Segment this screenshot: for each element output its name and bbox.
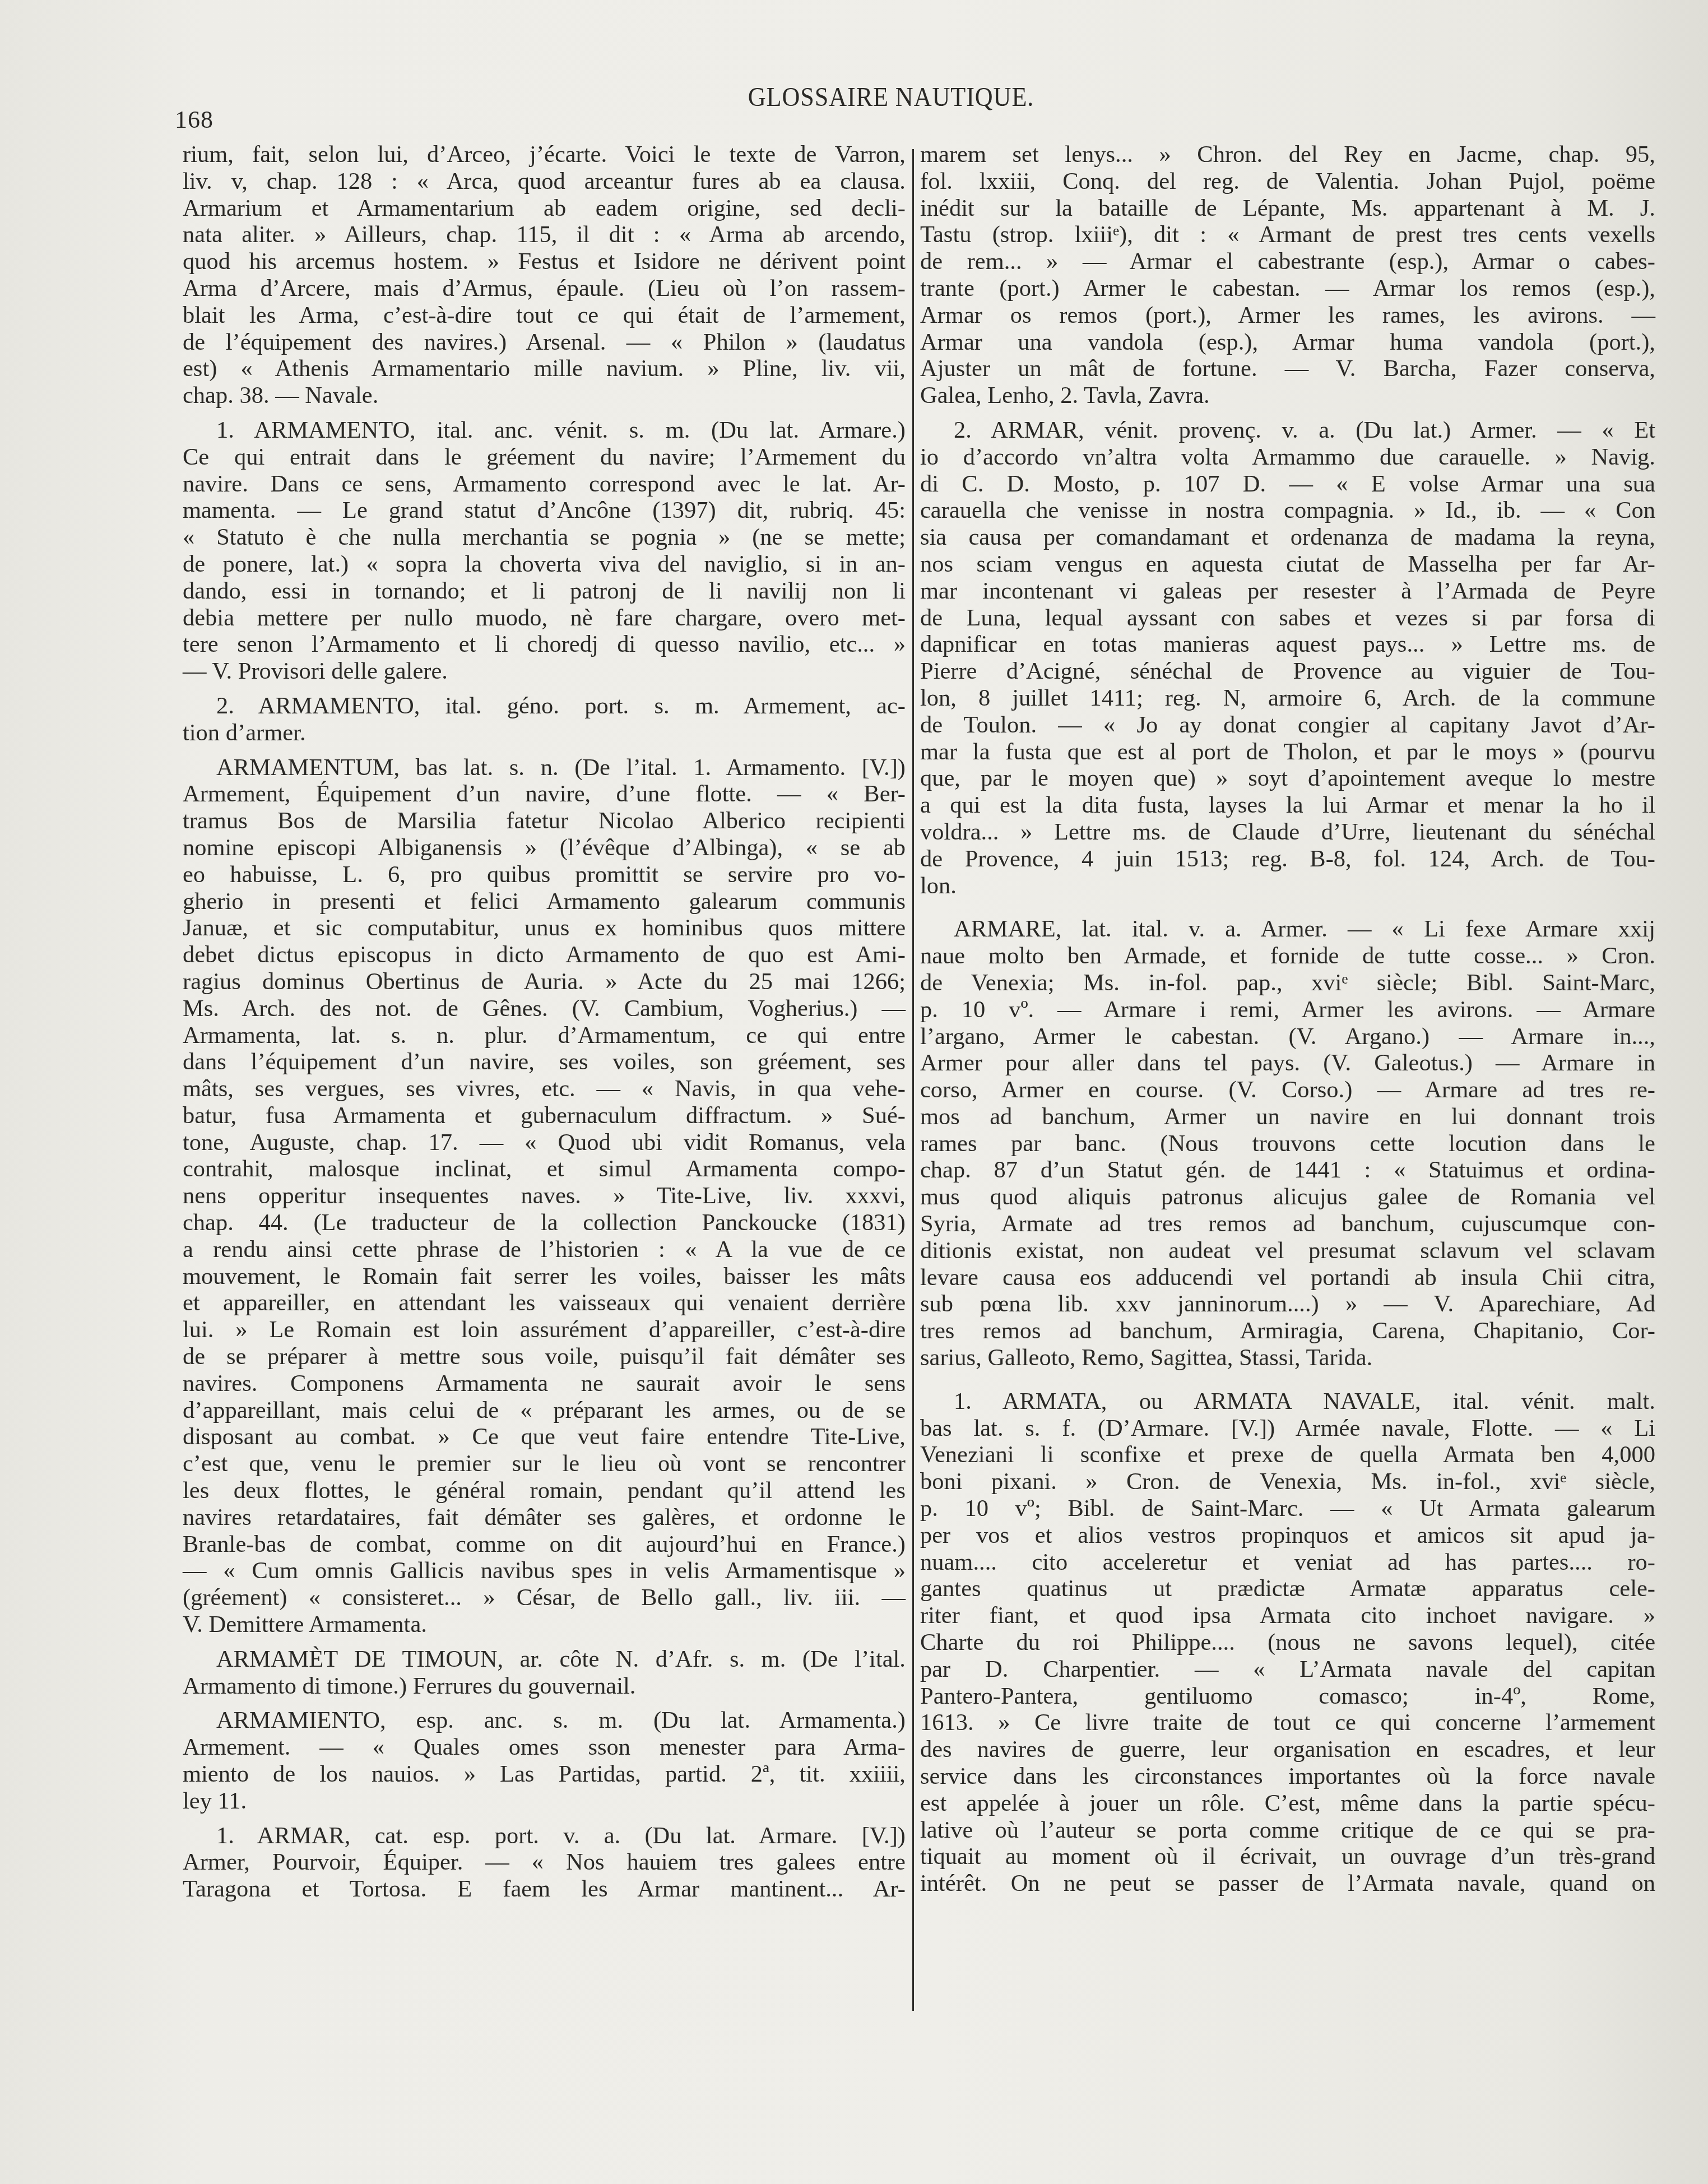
text-line: tres remos ad banchum, Armiragia, Carena… — [920, 1318, 1655, 1344]
text-line: Armar os remos (port.), Armer les rames,… — [920, 302, 1655, 329]
text-line: Armar una vandola (esp.), Armar huma van… — [920, 329, 1655, 356]
text-line: eo habuisse, L. 6, pro quibus promittit … — [183, 861, 906, 888]
text-line: io d’accordo vn’altra volta Armammo due … — [920, 444, 1655, 471]
text-line: 1613. » Ce livre traite de tout ce qui c… — [920, 1709, 1655, 1736]
text-line: Arma d’Arcere, mais d’Armus, épaule. (Li… — [183, 275, 906, 302]
text-line: — V. Provisori delle galere. — [183, 658, 906, 685]
text-line: di C. D. Mosto, p. 107 D. — « E volse Ar… — [920, 471, 1655, 498]
text-line: navires. Componens Armamenta ne saurait … — [183, 1370, 906, 1397]
text-line: Armamenta, lat. s. n. plur. d’Armamentum… — [183, 1022, 906, 1049]
entry-headword-line: ARMARE, lat. ital. v. a. Armer. — « Li f… — [920, 916, 1655, 943]
text-line: « Statuto è che nulla merchantia se pogn… — [183, 524, 906, 551]
text-line: Pantero-Pantera, gentiluomo comasco; in-… — [920, 1683, 1655, 1710]
text-line: Galea, Lenho, 2. Tavla, Zavra. — [920, 382, 1655, 409]
text-line: riter fiant, et quod ipsa Armata cito in… — [920, 1602, 1655, 1629]
text-line: quod his arcemus hostem. » Festus et Isi… — [183, 248, 906, 275]
text-line: Ms. Arch. des not. de Gênes. (V. Cambium… — [183, 995, 906, 1022]
page-number: 168 — [175, 105, 214, 134]
text-line: nata aliter. » Ailleurs, chap. 115, il d… — [183, 221, 906, 248]
left-column: rium, fait, selon lui, d’Arceo, j’écarte… — [183, 141, 906, 1903]
entry-spacer — [183, 746, 906, 754]
text-line: tramus Bos de Marsilia fatetur Nicolao A… — [183, 808, 906, 834]
entry-headword-line: 2. ARMAR, vénit. provenç. v. a. (Du lat.… — [920, 417, 1655, 444]
text-line: Armer, Pourvoir, Équiper. — « Nos hauiem… — [183, 1849, 906, 1876]
text-line: rium, fait, selon lui, d’Arceo, j’écarte… — [183, 141, 906, 168]
running-head: GLOSSAIRE NAUTIQUE. — [741, 82, 1041, 113]
text-line: sub pœna lib. xxv janninorum....) » — V.… — [920, 1291, 1655, 1318]
text-line: blait les Arma, c’est-à-dire tout ce qui… — [183, 302, 906, 329]
text-line: lui. » Le Romain est loin assurément d’a… — [183, 1316, 906, 1343]
text-line: c’est que, venu le premier sur le lieu o… — [183, 1450, 906, 1477]
text-line: corso, Armer en course. (V. Corso.) — Ar… — [920, 1077, 1655, 1103]
text-line: Branle-bas de combat, comme on dit aujou… — [183, 1531, 906, 1558]
entry-spacer — [920, 409, 1655, 417]
text-line: Ce qui entrait dans le gréement du navir… — [183, 444, 906, 471]
text-line: Armer pour aller dans tel pays. (V. Gale… — [920, 1050, 1655, 1077]
text-line: de l’équipement des navires.) Arsenal. —… — [183, 329, 906, 356]
text-line: ditionis existat, non audeat vel presuma… — [920, 1237, 1655, 1264]
text-line: navire. Dans ce sens, Armamento correspo… — [183, 471, 906, 498]
text-line: Januæ, et sic computabitur, unus ex homi… — [183, 915, 906, 942]
text-line: mar la fusta que est al port de Tholon, … — [920, 739, 1655, 766]
text-line: gherio in presenti et felici Armamento g… — [183, 888, 906, 915]
text-line: fol. lxxiii, Conq. del reg. de Valentia.… — [920, 168, 1655, 195]
text-line: que, par le moyen que) » soyt d’apointem… — [920, 765, 1655, 792]
text-line: ley 11. — [183, 1788, 906, 1815]
text-line: les deux flottes, le général romain, pen… — [183, 1477, 906, 1504]
text-line: mamenta. — Le grand statut d’Ancône (139… — [183, 497, 906, 524]
entry-spacer — [183, 409, 906, 417]
text-line: nos sciam vengus en aquesta ciutat de Ma… — [920, 551, 1655, 578]
text-line: rames par banc. (Nous trouvons cette loc… — [920, 1130, 1655, 1157]
text-line: chap. 38. — Navale. — [183, 382, 906, 409]
text-line: inédit sur la bataille de Lépante, Ms. a… — [920, 195, 1655, 222]
entry-headword-line: ARMAMENTUM, bas lat. s. n. (De l’ital. 1… — [183, 754, 906, 781]
text-line: batur, fusa Armamenta et gubernaculum di… — [183, 1102, 906, 1129]
entry-headword-line: 1. ARMATA, ou ARMATA NAVALE, ital. vénit… — [920, 1388, 1655, 1415]
text-line: bas lat. s. f. (D’Armare. [V.]) Armée na… — [920, 1415, 1655, 1442]
text-line: per vos et alios vestros propinquos et a… — [920, 1522, 1655, 1549]
text-line: tere senon l’Armamento et li choredj di … — [183, 631, 906, 658]
text-line: de Toulon. — « Jo ay donat congier al ca… — [920, 712, 1655, 739]
text-line: debia mettere per nullo muodo, nè fare c… — [183, 605, 906, 632]
text-line: Ajuster un mât de fortune. — V. Barcha, … — [920, 355, 1655, 382]
text-line: Charte du roi Philippe.... (nous ne savo… — [920, 1629, 1655, 1656]
text-line: Pierre d’Acigné, sénéchal de Provence au… — [920, 658, 1655, 685]
text-line: Veneziani li sconfixe et prexe de quella… — [920, 1441, 1655, 1468]
text-line: de Luna, lequal ayssant con sabes et vez… — [920, 605, 1655, 632]
text-line: sia causa per comandamant et ordenanza d… — [920, 524, 1655, 551]
text-line: Armamento di timone.) Ferrures du gouver… — [183, 1673, 906, 1700]
text-line: et appareiller, en attendant les vaissea… — [183, 1290, 906, 1316]
text-line: dapnificar en totas manieras aquest pays… — [920, 631, 1655, 658]
text-line: Tastu (strop. lxiiiᵉ), dit : « Armant de… — [920, 221, 1655, 248]
text-line: navires retardataires, fait démâter ses … — [183, 1504, 906, 1531]
text-line: par D. Charpentier. — « L’Armata navale … — [920, 1656, 1655, 1683]
text-line: (gréement) « consisteret... » César, de … — [183, 1584, 906, 1611]
text-line: tone, Auguste, chap. 17. — « Quod ubi vi… — [183, 1129, 906, 1156]
text-line: liv. v, chap. 128 : « Arca, quod arceant… — [183, 168, 906, 195]
text-line: a qui est la dita fusta, layses la lui A… — [920, 792, 1655, 819]
text-line: de Provence, 4 juin 1513; reg. B-8, fol.… — [920, 846, 1655, 873]
text-line: dans l’équipement d’un navire, ses voile… — [183, 1049, 906, 1075]
text-line: des navires de guerre, leur organisation… — [920, 1736, 1655, 1763]
text-line: nuam.... cito acceleretur et veniat ad h… — [920, 1549, 1655, 1576]
entry-headword-line: 2. ARMAMENTO, ital. géno. port. s. m. Ar… — [183, 693, 906, 720]
text-line: intérêt. On ne peut se passer de l’Armat… — [920, 1870, 1655, 1897]
text-line: tion d’armer. — [183, 720, 906, 746]
text-line: Armement, Équipement d’un navire, d’une … — [183, 781, 906, 808]
text-line: naue molto ben Armade, et fornide de tut… — [920, 943, 1655, 970]
entry-spacer — [183, 1638, 906, 1646]
text-line: Syria, Armate ad tres remos ad banchum, … — [920, 1211, 1655, 1237]
text-line: lon. — [920, 873, 1655, 899]
entry-headword-line: ARMAMIENTO, esp. anc. s. m. (Du lat. Arm… — [183, 1707, 906, 1734]
entry-headword-line: 1. ARMAR, cat. esp. port. v. a. (Du lat.… — [183, 1823, 906, 1849]
right-column: marem set lenys... » Chron. del Rey en J… — [920, 141, 1655, 1897]
text-line: de rem... » — Armar el cabestrante (esp.… — [920, 248, 1655, 275]
entry-spacer — [920, 899, 1655, 916]
text-line: de ponere, lat.) « sopra la choverta viv… — [183, 551, 906, 578]
text-line: contrahit, malosque inclinat, et simul A… — [183, 1156, 906, 1183]
text-line: Taragona et Tortosa. E faem les Armar ma… — [183, 1876, 906, 1903]
text-line: dando, essi in tornando; et li patronj d… — [183, 578, 906, 605]
text-line: mouvement, le Romain fait serrer les voi… — [183, 1263, 906, 1290]
text-line: lon, 8 juillet 1411; reg. N, armoire 6, … — [920, 685, 1655, 712]
text-line: mar incontenant vi galeas per resester à… — [920, 578, 1655, 605]
text-line: boni pixani. » Cron. de Venexia, Ms. in-… — [920, 1468, 1655, 1495]
text-line: chap. 87 d’un Statut gén. de 1441 : « St… — [920, 1157, 1655, 1184]
text-line: debet dictus episcopus in dicto Armament… — [183, 942, 906, 968]
text-line: ragius dominus Obertinus de Auria. » Act… — [183, 968, 906, 995]
text-line: carauella che venisse in nostra compagni… — [920, 497, 1655, 524]
text-line: V. Demittere Armamenta. — [183, 1611, 906, 1638]
text-line: voldra... » Lettre ms. de Claude d’Urre,… — [920, 819, 1655, 846]
text-line: d’appareillant, mais celui de « préparan… — [183, 1397, 906, 1424]
text-line: trante (port.) Armer le cabestan. — Arma… — [920, 275, 1655, 302]
text-line: marem set lenys... » Chron. del Rey en J… — [920, 141, 1655, 168]
text-line: chap. 44. (Le traducteur de la collectio… — [183, 1209, 906, 1236]
entry-headword-line: ARMAMÈT DE TIMOUN, ar. côte N. d’Afr. s.… — [183, 1646, 906, 1673]
text-line: de se préparer à mettre sous voile, puis… — [183, 1343, 906, 1370]
text-line: disposant au combat. » Ce que veut faire… — [183, 1423, 906, 1450]
text-line: — « Cum omnis Gallicis navibus spes in v… — [183, 1557, 906, 1584]
text-line: mus quod aliquis patronus alicujus galee… — [920, 1184, 1655, 1211]
text-line: est appelée à jouer un rôle. C’est, même… — [920, 1790, 1655, 1817]
text-line: nens opperitur insequentes naves. » Tite… — [183, 1183, 906, 1209]
text-line: de Venexia; Ms. in-fol. pap., xviᵉ siècl… — [920, 970, 1655, 996]
text-line: service dans les circonstances important… — [920, 1763, 1655, 1790]
text-line: miento de los nauios. » Las Partidas, pa… — [183, 1761, 906, 1788]
column-divider — [912, 149, 914, 2011]
text-line: tiquait au moment où il écrivait, un ouv… — [920, 1843, 1655, 1870]
text-line: est) « Athenis Armamentario mille navium… — [183, 355, 906, 382]
text-line: sarius, Galleoto, Remo, Sagittea, Stassi… — [920, 1344, 1655, 1371]
text-line: p. 10 vº. — Armare i remi, Armer les avi… — [920, 996, 1655, 1023]
text-line: mâts, ses vergues, ses vivres, etc. — « … — [183, 1075, 906, 1102]
text-line: Armement. — « Quales omes sson menester … — [183, 1734, 906, 1761]
text-line: l’argano, Armer le cabestan. (V. Argano.… — [920, 1023, 1655, 1050]
text-line: Armarium et Armamentarium ab eadem origi… — [183, 195, 906, 222]
entry-spacer — [183, 1699, 906, 1707]
text-line: gantes quatinus ut prædictæ Armatæ appar… — [920, 1575, 1655, 1602]
text-line: levare causa eos adducendi vel portandi … — [920, 1264, 1655, 1291]
entry-spacer — [920, 1371, 1655, 1388]
text-line: lative où l’auteur se porta comme critiq… — [920, 1817, 1655, 1844]
entry-headword-line: 1. ARMAMENTO, ital. anc. vénit. s. m. (D… — [183, 417, 906, 444]
text-line: nomine episcopi Albiganensis » (l’évêque… — [183, 834, 906, 861]
text-line: a rendu ainsi cette phrase de l’historie… — [183, 1236, 906, 1263]
entry-spacer — [183, 685, 906, 693]
entry-spacer — [183, 1815, 906, 1823]
text-line: p. 10 vº; Bibl. de Saint-Marc. — « Ut Ar… — [920, 1495, 1655, 1522]
text-line: mos ad banchum, Armer un navire en lui d… — [920, 1103, 1655, 1130]
